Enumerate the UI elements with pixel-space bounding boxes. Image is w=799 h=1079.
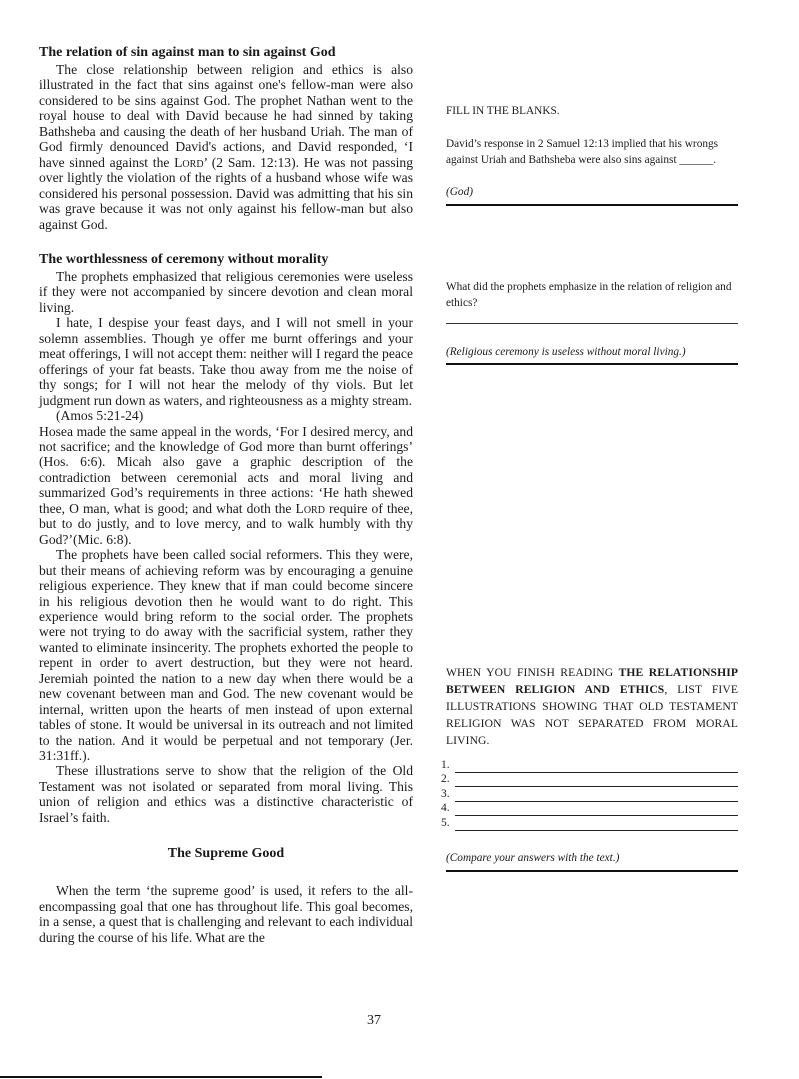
answer-rule-1 bbox=[446, 204, 738, 206]
compare-note: (Compare your answers with the text.) bbox=[446, 850, 738, 866]
blank-line-3[interactable]: 3. bbox=[441, 788, 738, 802]
heading-ceremony-without-morality: The worthlessness of ceremony without mo… bbox=[39, 251, 413, 269]
blank-line-4[interactable]: 4. bbox=[441, 802, 738, 816]
question-1-answer: (God) bbox=[446, 184, 738, 200]
question-2-answer: (Religious ceremony is useless without m… bbox=[446, 344, 738, 360]
blank-line-1[interactable]: 1. bbox=[441, 759, 738, 773]
amos-reference: (Amos 5:21-24) bbox=[39, 408, 413, 423]
paragraph-conclusion: These illustrations serve to show that t… bbox=[39, 763, 413, 825]
answer-rule-3 bbox=[446, 870, 738, 872]
heading-sin-against-man: The relation of sin against man to sin a… bbox=[39, 44, 413, 62]
paragraph-social-reformers: The prophets have been called social ref… bbox=[39, 547, 413, 763]
amos-quote: I hate, I despise your feast days, and I… bbox=[39, 315, 413, 408]
heading-supreme-good: The Supreme Good bbox=[39, 845, 413, 863]
bottom-rule bbox=[0, 1076, 322, 1078]
answer-rule-2 bbox=[446, 363, 738, 365]
question-1-text: David’s response in 2 Samuel 12:13 impli… bbox=[446, 136, 738, 168]
reading-instruction: WHEN YOU FINISH READING THE RELATIONSHIP… bbox=[446, 664, 738, 749]
question-2-text: What did the prophets emphasize in the r… bbox=[446, 279, 738, 311]
fill-blanks-heading: FILL IN THE BLANKS. bbox=[446, 103, 738, 119]
paragraph-hosea-micah: Hosea made the same appeal in the words,… bbox=[39, 424, 413, 548]
paragraph-nathan-david: The close relationship between religion … bbox=[39, 62, 413, 232]
page-number: 37 bbox=[367, 1013, 381, 1029]
paragraph-prophets-intro: The prophets emphasized that religious c… bbox=[39, 269, 413, 315]
paragraph-supreme-good: When the term ‘the supreme good’ is used… bbox=[39, 883, 413, 945]
blank-line-5[interactable]: 5. bbox=[441, 817, 738, 831]
blank-line-2[interactable]: 2. bbox=[441, 773, 738, 787]
left-column: The relation of sin against man to sin a… bbox=[39, 44, 413, 945]
question-2-rule bbox=[446, 323, 738, 324]
